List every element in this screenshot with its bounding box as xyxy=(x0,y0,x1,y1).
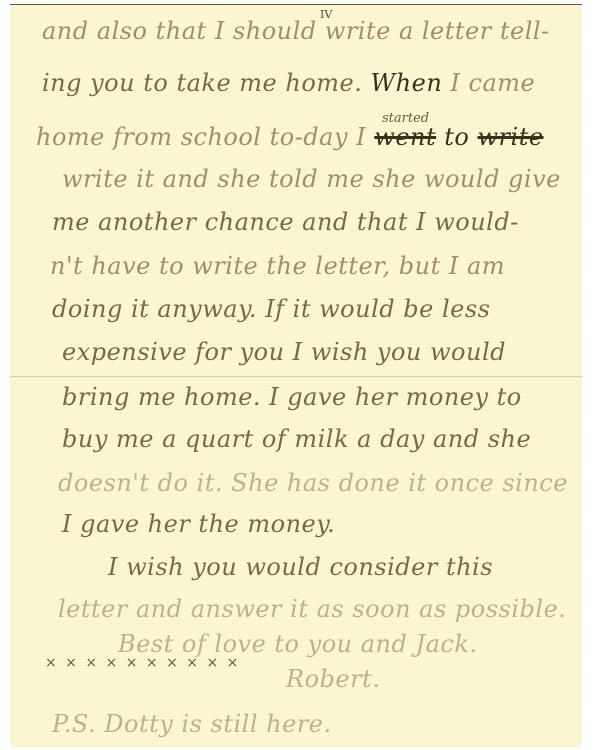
letter-line-6: n't have to write the letter, but I am xyxy=(50,252,505,280)
letter-line-12: I gave her the money. xyxy=(62,510,335,538)
struck-word: went xyxy=(374,123,436,151)
letter-line-14: letter and answer it as soon as possible… xyxy=(58,595,566,623)
text-segment: home from school to-day I xyxy=(36,123,374,151)
letter-line-5: me another chance and that I would- xyxy=(52,208,519,236)
letter-line-13: I wish you would consider this xyxy=(108,553,493,581)
letter-line-11: doesn't do it. She has done it once sinc… xyxy=(58,469,568,497)
letter-line-3: home from school to-day I went to write xyxy=(36,123,544,151)
kisses-row: × × × × × × × × × × xyxy=(45,655,240,671)
letter-line-10: buy me a quart of milk a day and she xyxy=(62,425,531,453)
text-segment: I came xyxy=(442,69,535,97)
letter-line-4: write it and she told me she would give xyxy=(62,165,561,193)
struck-word: write xyxy=(478,123,544,151)
letter-line-9: bring me home. I gave her money to xyxy=(62,383,522,411)
postscript: P.S. Dotty is still here. xyxy=(52,710,332,738)
letter-line-8: expensive for you I wish you would xyxy=(62,338,506,366)
letter-line-1: and also that I should write a letter te… xyxy=(42,17,550,45)
closing-line: Best of love to you and Jack. xyxy=(118,630,478,658)
signature: Robert. xyxy=(286,665,380,693)
text-segment: When xyxy=(370,69,442,97)
letter-page: IV and also that I should write a letter… xyxy=(10,4,582,747)
letter-line-7: doing it anyway. If it would be less xyxy=(52,295,490,323)
text-segment: ing you to take me home. xyxy=(42,69,370,97)
text-segment: to xyxy=(436,123,477,151)
letter-line-2: ing you to take me home. When I came xyxy=(42,69,535,97)
fold-crease xyxy=(10,376,582,378)
